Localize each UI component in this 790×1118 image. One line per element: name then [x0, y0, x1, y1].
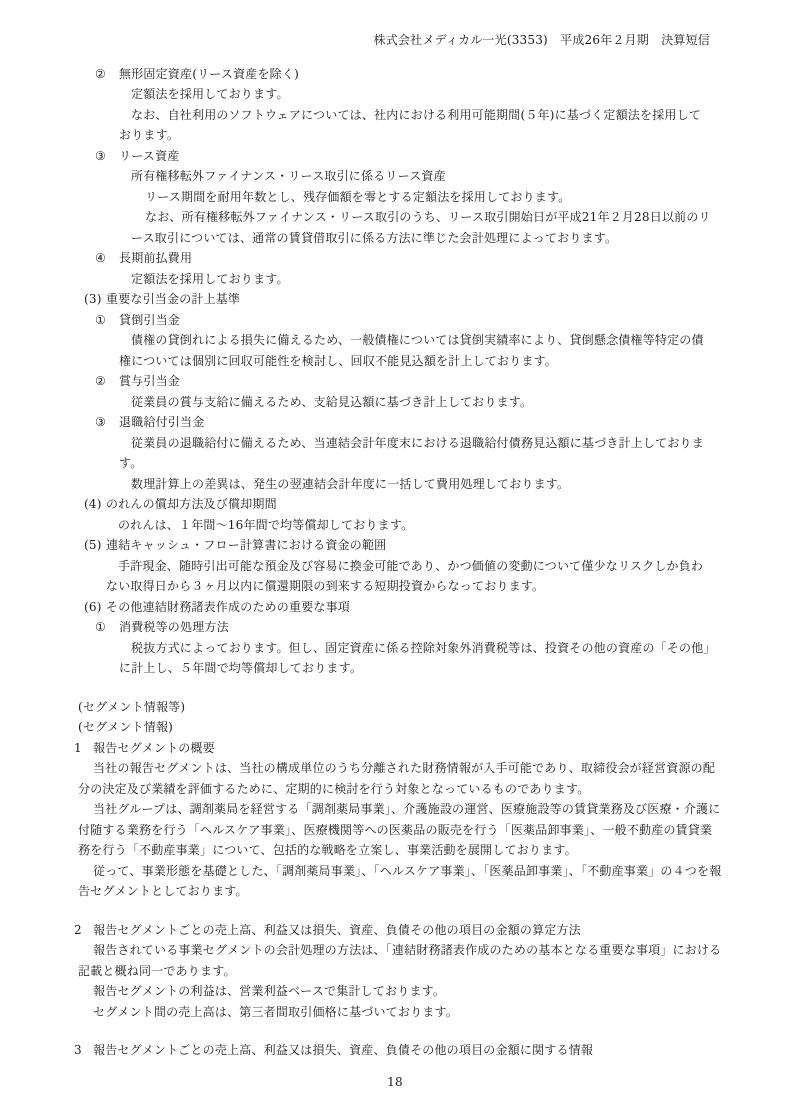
line-text: 報告セグメントの利益は、営業利益ベースで集計しております。 [93, 984, 445, 998]
doc-line [0, 679, 790, 697]
line-text: ない取得日から３ヶ月以内に償還期限の到来する短期投資からなっております。 [106, 579, 544, 593]
doc-line: ②賞与引当金 [0, 371, 790, 392]
line-text: 当社の報告セグメントは、当社の構成単位のうち分離された財務情報が入手可能であり、… [93, 761, 715, 775]
doc-line: (6)その他連結財務諸表作成のための重要な事項 [0, 597, 790, 618]
doc-line: ④長期前払費用 [0, 248, 790, 269]
line-text: なお、所有権移転外ファイナンス・リース取引のうち、リース取引開始日が平成21年２… [145, 210, 711, 224]
doc-line: 税抜方式によっております。但し、固定資産に係る控除対象外消費税等は、投資その他の… [0, 638, 790, 659]
doc-line: 報告されている事業セグメントの会計処理の方法は、「連結財務諸表作成のための基本と… [0, 940, 790, 961]
doc-line: ③退職給付引当金 [0, 412, 790, 433]
doc-line [0, 902, 790, 920]
doc-line: ②無形固定資産(リース資産を除く) [0, 64, 790, 85]
line-text: 手許現金、随時引出可能な預金及び容易に換金可能であり、かつ価値の変動について僅少… [118, 559, 703, 573]
line-text: のれんは、１年間～16年間で均等償却しております。 [118, 518, 413, 532]
doc-line: (5)連結キャッシュ・フロー計算書における資金の範囲 [0, 535, 790, 556]
doc-line [0, 1022, 790, 1040]
list-marker: (5) [84, 535, 106, 556]
doc-line: 1報告セグメントの概要 [0, 738, 790, 759]
list-marker: 3 [74, 1040, 93, 1061]
doc-line: なお、所有権移転外ファイナンス・リース取引のうち、リース取引開始日が平成21年２… [0, 207, 790, 228]
doc-line: リース期間を耐用年数とし、残存価額を零とする定額法を採用しております。 [0, 187, 790, 208]
line-text: 記載と概ね同一であります。 [78, 964, 236, 978]
doc-line: ース取引については、通常の賃貸借取引に係る方法に準じた会計処理によっております。 [0, 228, 790, 249]
list-marker: ② [95, 371, 119, 392]
list-marker: (4) [84, 494, 106, 515]
doc-line: 当社グループは、調剤薬局を経営する「調剤薬局事業」、介護施設の運営、医療施設等の… [0, 799, 790, 820]
line-text: ース取引については、通常の賃貸借取引に係る方法に準じた会計処理によっております。 [131, 231, 617, 245]
line-text: 税抜方式によっております。但し、固定資産に係る控除対象外消費税等は、投資その他の… [131, 641, 716, 655]
doc-line: 告セグメントとしております。 [0, 881, 790, 902]
doc-line: セグメント間の売上高は、第三者間取引価格に基づいております。 [0, 1002, 790, 1023]
doc-line: 手許現金、随時引出可能な預金及び容易に換金可能であり、かつ価値の変動について僅少… [0, 556, 790, 577]
doc-line: 記載と概ね同一であります。 [0, 961, 790, 982]
doc-line: 権については個別に回収可能性を検討し、回収不能見込額を計上しております。 [0, 351, 790, 372]
line-text: 重要な引当金の計上基準 [106, 292, 240, 306]
list-marker: ① [95, 310, 119, 331]
list-marker: ① [95, 617, 119, 638]
line-text: 従って、事業形態を基礎とした、「調剤薬局事業」、「ヘルスケア事業」、「医薬品卸事… [93, 864, 721, 878]
doc-line: ①消費税等の処理方法 [0, 617, 790, 638]
list-marker: 2 [74, 920, 93, 941]
doc-line: のれんは、１年間～16年間で均等償却しております。 [0, 515, 790, 536]
doc-line: おります。 [0, 125, 790, 146]
line-text: 長期前払費用 [119, 251, 192, 265]
page-number: 18 [0, 1072, 790, 1093]
line-text: のれんの償却方法及び償却期間 [106, 497, 277, 511]
line-text: 連結キャッシュ・フロー計算書における資金の範囲 [106, 538, 386, 552]
line-text: 賞与引当金 [119, 374, 180, 388]
page-header: 株式会社メディカル一光(3353) 平成26年２月期 決算短信 [0, 0, 790, 51]
document-body: ②無形固定資産(リース資産を除く)定額法を採用しております。なお、自社利用のソフ… [0, 64, 790, 1061]
line-text: 数理計算上の差異は、発生の翌連結会計年度に一括して費用処理しております。 [131, 477, 569, 491]
line-text: セグメント間の売上高は、第三者間取引価格に基づいております。 [93, 1005, 458, 1019]
doc-line: 定額法を採用しております。 [0, 269, 790, 290]
doc-line: なお、自社利用のソフトウェアについては、社内における利用可能期間(５年)に基づく… [0, 105, 790, 126]
list-marker: ④ [95, 248, 119, 269]
doc-line: 2報告セグメントごとの売上高、利益又は損失、資産、負債その他の項目の金額の算定方… [0, 920, 790, 941]
list-marker: 1 [74, 738, 93, 759]
list-marker: (6) [84, 597, 106, 618]
line-text: 報告セグメントごとの売上高、利益又は損失、資産、負債その他の項目の金額の算定方法 [93, 923, 581, 937]
line-text: おります。 [119, 128, 179, 142]
doc-line: 報告セグメントの利益は、営業利益ベースで集計しております。 [0, 981, 790, 1002]
doc-line: ①貸倒引当金 [0, 310, 790, 331]
doc-line: (4)のれんの償却方法及び償却期間 [0, 494, 790, 515]
line-text: 消費税等の処理方法 [119, 620, 229, 634]
doc-line: 3報告セグメントごとの売上高、利益又は損失、資産、負債その他の項目の金額に関する… [0, 1040, 790, 1061]
line-text: 報告セグメントの概要 [93, 741, 215, 755]
doc-line: (セグメント情報等) [0, 697, 790, 718]
line-text: なお、自社利用のソフトウェアについては、社内における利用可能期間(５年)に基づく… [131, 108, 701, 122]
doc-line: 定額法を採用しております。 [0, 84, 790, 105]
line-text: リース資産 [119, 149, 179, 163]
doc-line: す。 [0, 453, 790, 474]
line-text: す。 [119, 456, 142, 470]
list-marker: ③ [95, 412, 119, 433]
line-text: (セグメント情報等) [78, 700, 185, 714]
document-page: 株式会社メディカル一光(3353) 平成26年２月期 決算短信 ②無形固定資産(… [0, 0, 790, 1118]
line-text: 所有権移転外ファイナンス・リース取引に係るリース資産 [131, 169, 446, 183]
doc-line: 数理計算上の差異は、発生の翌連結会計年度に一括して費用処理しております。 [0, 474, 790, 495]
line-text: 定額法を採用しております。 [131, 87, 289, 101]
doc-line: 務を行う「不動産事業」について、包括的な戦略を立案し、事業活動を展開しております… [0, 840, 790, 861]
line-text: 債権の貸倒れによる損失に備えるため、一般債権については貸倒実績率により、貸倒懸念… [131, 333, 704, 347]
line-text: 報告されている事業セグメントの会計処理の方法は、「連結財務諸表作成のための基本と… [93, 943, 721, 957]
line-text: 従業員の賞与支給に備えるため、支給見込額に基づき計上しております。 [131, 395, 532, 409]
doc-line: に計上し、５年間で均等償却しております。 [0, 658, 790, 679]
doc-line: 従って、事業形態を基礎とした、「調剤薬局事業」、「ヘルスケア事業」、「医薬品卸事… [0, 861, 790, 882]
list-marker: (3) [84, 289, 106, 310]
line-text: 退職給付引当金 [119, 415, 204, 429]
line-text: に計上し、５年間で均等償却しております。 [119, 661, 362, 675]
line-text: 報告セグメントごとの売上高、利益又は損失、資産、負債その他の項目の金額に関する情… [93, 1043, 593, 1057]
doc-line: 従業員の退職給付に備えるため、当連結会計年度末における退職給付債務見込額に基づき… [0, 433, 790, 454]
doc-line: 債権の貸倒れによる損失に備えるため、一般債権については貸倒実績率により、貸倒懸念… [0, 330, 790, 351]
doc-line: (3)重要な引当金の計上基準 [0, 289, 790, 310]
line-text: 当社グループは、調剤薬局を経営する「調剤薬局事業」、介護施設の運営、医療施設等の… [93, 802, 720, 816]
line-text: 従業員の退職給付に備えるため、当連結会計年度末における退職給付債務見込額に基づき… [131, 436, 704, 450]
line-text: 無形固定資産(リース資産を除く) [119, 67, 299, 81]
doc-line: ③リース資産 [0, 146, 790, 167]
line-text: 定額法を採用しております。 [131, 272, 289, 286]
line-text: 付随する業務を行う「ヘルスケア事業」、医療機関等への医薬品の販売を行う「医薬品卸… [78, 823, 712, 837]
doc-line: 所有権移転外ファイナンス・リース取引に係るリース資産 [0, 166, 790, 187]
line-text: 告セグメントとしております。 [78, 884, 248, 898]
line-text: 権については個別に回収可能性を検討し、回収不能見込額を計上しております。 [119, 354, 557, 368]
line-text: 分の決定及び業績を評価するために、定期的に検討を行う対象となっているものでありま… [78, 782, 589, 796]
doc-line: 分の決定及び業績を評価するために、定期的に検討を行う対象となっているものでありま… [0, 779, 790, 800]
doc-line: 付随する業務を行う「ヘルスケア事業」、医療機関等への医薬品の販売を行う「医薬品卸… [0, 820, 790, 841]
line-text: (セグメント情報) [78, 720, 173, 734]
list-marker: ③ [95, 146, 119, 167]
doc-line: 当社の報告セグメントは、当社の構成単位のうち分離された財務情報が入手可能であり、… [0, 758, 790, 779]
doc-line: ない取得日から３ヶ月以内に償還期限の到来する短期投資からなっております。 [0, 576, 790, 597]
line-text: 貸倒引当金 [119, 313, 180, 327]
doc-line: 従業員の賞与支給に備えるため、支給見込額に基づき計上しております。 [0, 392, 790, 413]
line-text: リース期間を耐用年数とし、残存価額を零とする定額法を採用しております。 [145, 190, 570, 204]
list-marker: ② [95, 64, 119, 85]
line-text: その他連結財務諸表作成のための重要な事項 [106, 600, 350, 614]
line-text: 務を行う「不動産事業」について、包括的な戦略を立案し、事業活動を展開しております… [78, 843, 577, 857]
doc-line: (セグメント情報) [0, 717, 790, 738]
